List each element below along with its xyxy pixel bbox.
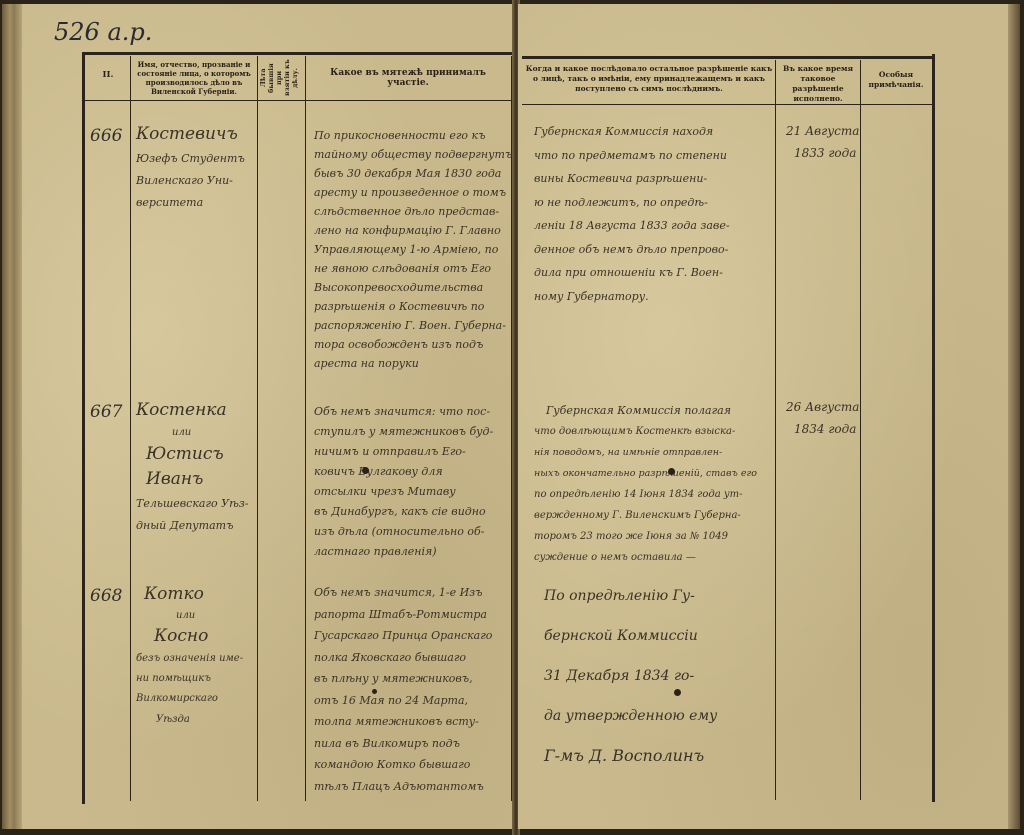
header-role: Какое въ мятежѣ принималъ участіе.	[308, 68, 508, 88]
col-divider-resolution	[775, 60, 776, 800]
left-border-rule	[82, 52, 85, 804]
entry-667-number: 667	[90, 400, 122, 426]
ink-blot	[674, 689, 681, 696]
entry-666-number: 666	[90, 124, 122, 150]
entry-668-number: 668	[90, 584, 122, 610]
col-divider-executed	[860, 60, 861, 800]
header-top-rule	[84, 52, 516, 55]
entry-666-resolution: Губернская Коммиссія находя что по предм…	[534, 120, 774, 308]
header-notes: Особыя примѣчанія.	[862, 70, 930, 90]
entry-666-name: Костевичъ Юзефъ Студентъ Виленскаго Уни-…	[136, 122, 245, 214]
header-resolution: Когда и какое послѣдовало остальное разр…	[524, 64, 774, 94]
header-bottom-rule-right	[522, 104, 932, 105]
entry-666-role: По прикосновенности его къ тайному общес…	[314, 126, 510, 373]
entry-667-role: Объ немъ значится: что пос- ступилъ у мя…	[314, 402, 510, 562]
header-top-rule-right	[522, 56, 932, 59]
entry-667-executed-date: 26 Августа 1834 года	[786, 396, 859, 440]
left-page: 526 а.р. II. Имя, отчество, прозваніе и …	[2, 4, 514, 829]
entry-668-name: Котко или Косно безъ означенія име- ни п…	[136, 582, 243, 731]
header-bottom-rule	[84, 100, 516, 101]
header-age: Лѣта бывшія при взятіи къ дѣлу.	[259, 59, 303, 97]
entry-666-executed-date: 21 Августа 1833 года	[786, 120, 859, 164]
right-border-rule	[932, 54, 935, 802]
ink-blot	[372, 689, 377, 694]
right-page: 527 Когда и какое послѣдовало остальное …	[518, 4, 1020, 829]
signature: Г-мъ Д. Восполинъ	[544, 736, 774, 776]
header-no: II.	[88, 70, 128, 80]
ink-blot	[362, 467, 369, 474]
entry-667-resolution: Губернская Коммиссія полагая что довлѣющ…	[534, 400, 774, 568]
page-edge-left	[2, 4, 22, 829]
header-executed: Въ какое время таковое разрѣшеніе исполн…	[777, 64, 859, 104]
col-divider-name	[257, 56, 258, 801]
col-divider-no	[130, 56, 131, 801]
entry-667-name: Костенка или Юстисъ Иванъ Тельшевскаго У…	[136, 398, 249, 537]
left-folio-number: 526 а.р.	[54, 18, 152, 46]
page-edge-right	[1008, 4, 1020, 829]
header-name: Имя, отчество, прозваніе и состояніе лиц…	[133, 60, 255, 96]
entry-668-role: Объ немъ значится, 1-е Изъ рапорта Штабъ…	[314, 582, 510, 797]
ink-blot	[668, 468, 675, 475]
col-divider-age	[305, 56, 306, 801]
entry-668-resolution: По опредѣленію Гу- бернской Коммиссіи 31…	[544, 576, 774, 776]
